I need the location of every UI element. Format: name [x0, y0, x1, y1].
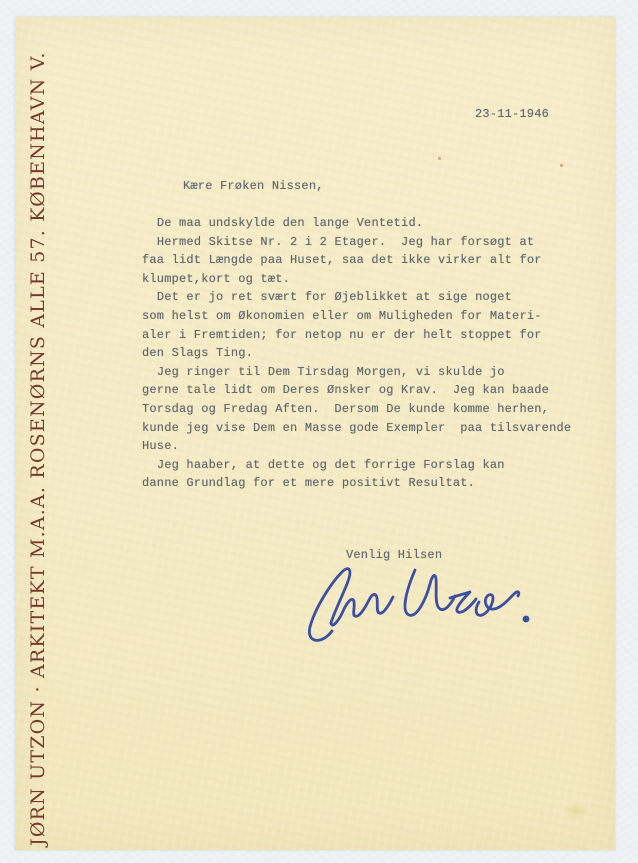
letter-body: De maa undskylde den lange Ventetid. Her… — [142, 214, 582, 493]
letter-paper: JØRN UTZON · ARKITEKT M.A.A. ROSENØRNS A… — [15, 17, 615, 850]
handwritten-signature — [298, 557, 538, 649]
paper-speck — [438, 157, 441, 160]
paragraph: Det er jo ret svært for Øjeblikket at si… — [142, 288, 582, 362]
scan-background: { "colors":{ "bg":"#eff3f6", "paper":"#f… — [0, 0, 638, 863]
paragraph: Jeg ringer til Dem Tirsdag Morgen, vi sk… — [142, 363, 582, 456]
paragraph: Hermed Skitse Nr. 2 i 2 Etager. Jeg har … — [142, 233, 582, 289]
paper-smudge — [563, 802, 589, 820]
letter-salutation: Kære Frøken Nissen, — [183, 179, 324, 193]
paragraph: Jeg haaber, at dette og det forrige Fors… — [142, 456, 582, 493]
paragraph: De maa undskylde den lange Ventetid. — [142, 214, 582, 233]
letter-date: 23-11-1946 — [475, 107, 549, 121]
paper-speck — [560, 164, 563, 167]
letterhead-vertical-text: JØRN UTZON · ARKITEKT M.A.A. ROSENØRNS A… — [27, 51, 49, 846]
signature-ink-strokes — [298, 557, 538, 649]
